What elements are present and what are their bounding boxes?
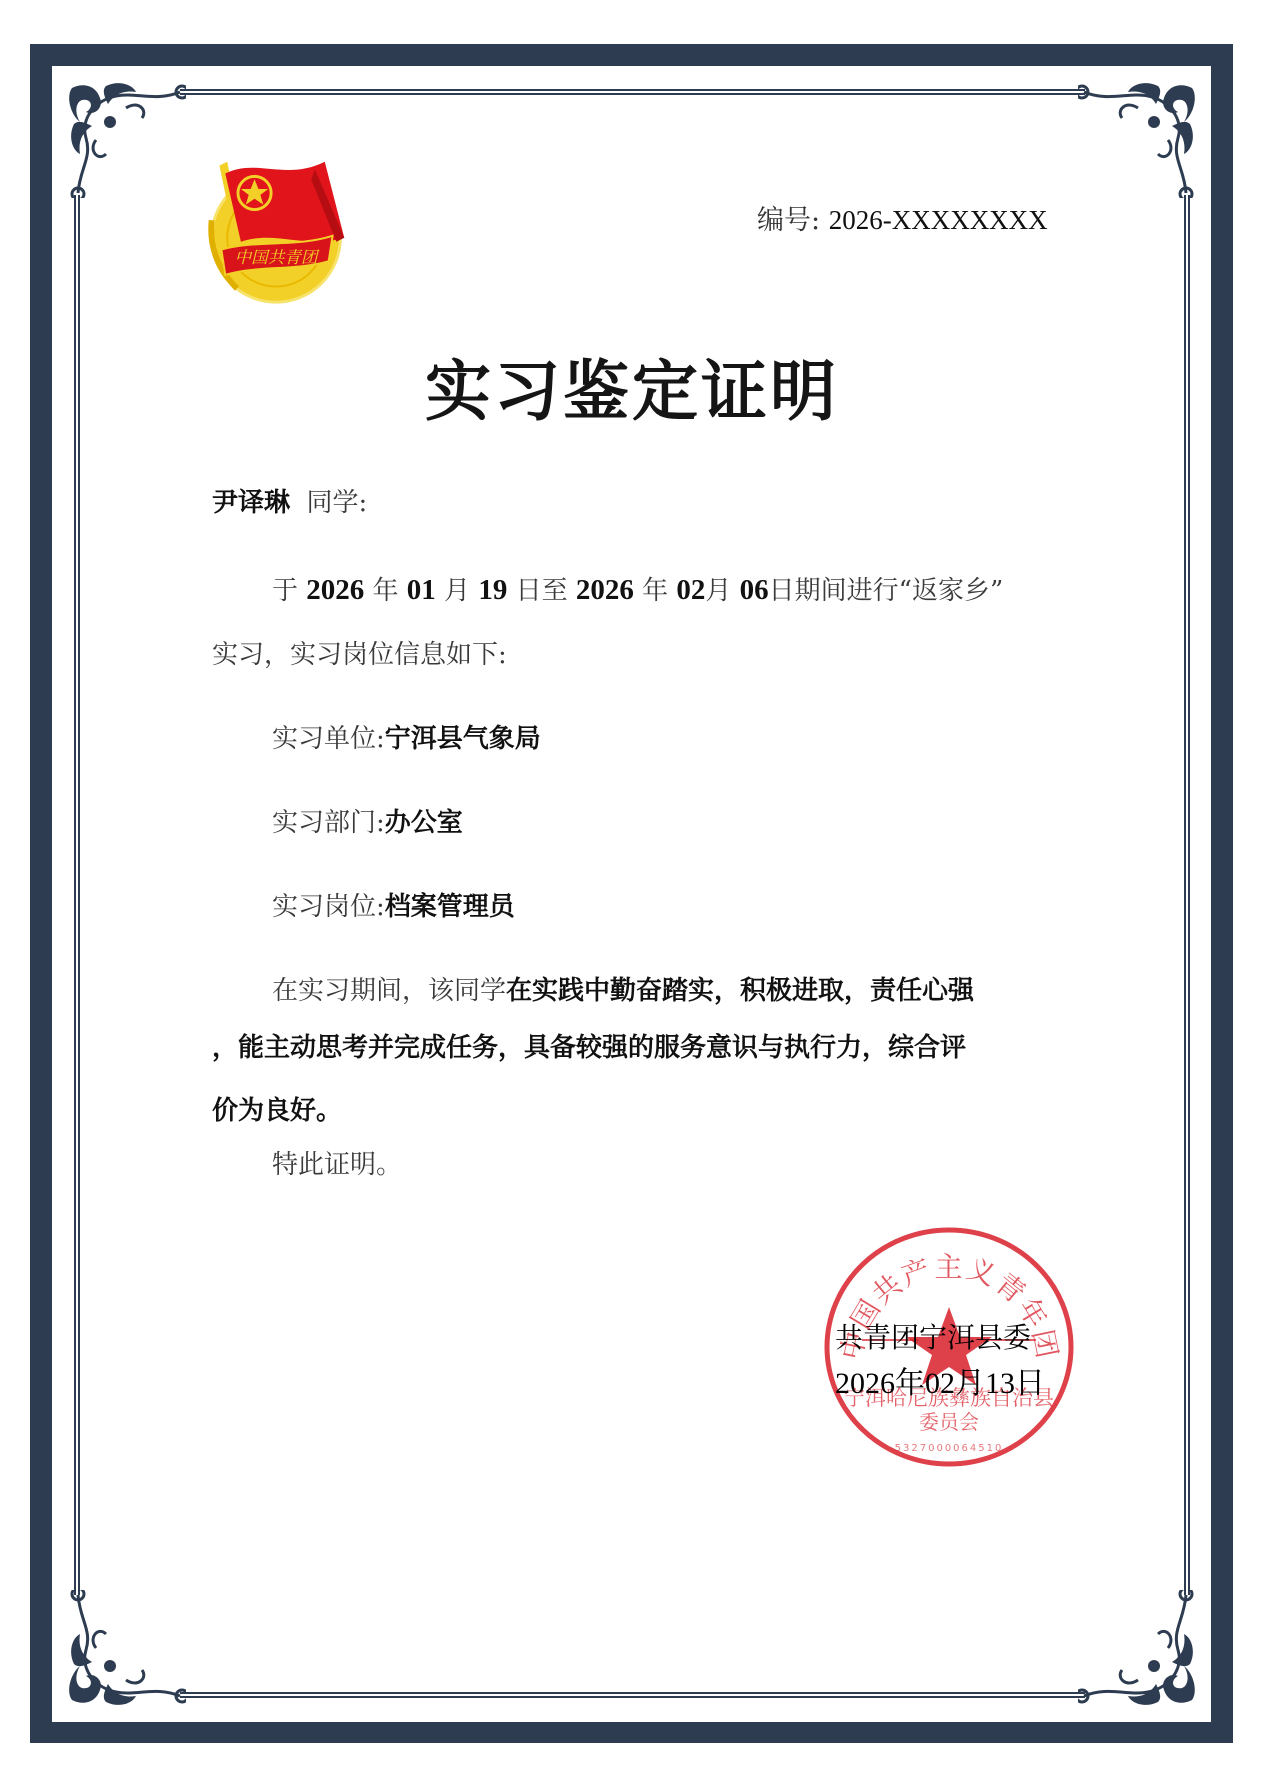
end-month: 02 [676,574,705,606]
field-unit: 实习单位:宁洱县气象局 [272,718,541,755]
signature-date: 2026年02月13日 [835,1358,1045,1402]
evaluation-line-2: ，能主动思考并完成任务，具备较强的服务意识与执行力，综合评 [212,1027,966,1064]
salutation-suffix: 同学: [307,488,368,518]
svg-text:5327000064510: 5327000064510 [895,1443,1004,1454]
corner-ornament-icon [1078,78,1198,198]
serial-number-label: 编号: [757,205,820,236]
evaluation-lead: 在实习期间，该同学 [272,976,506,1006]
communist-youth-league-emblem-icon: 中国共青团 [198,152,354,308]
serial-number: 编号: 2026-XXXXXXXX [757,198,1048,237]
intro-text: 日至 [507,576,576,606]
corner-ornament-icon [66,1590,186,1710]
intro-text: 于 [272,576,306,606]
evaluation-line-1: 在实习期间，该同学在实践中勤奋踏实，积极进取，责任心强 [272,970,974,1007]
salutation: 尹译琳 同学: [212,482,367,519]
intro-text: 日期间进行“返家乡” [769,576,1004,606]
student-name: 尹译琳 [212,488,290,518]
closing-text: 特此证明。 [272,1144,402,1181]
svg-text:委员会: 委员会 [919,1410,979,1434]
intro-line-1: 于 2026 年 01 月 19 日至 2026 年 02月 06日期间进行“返… [272,570,1003,607]
svg-text:中国共青团: 中国共青团 [235,248,320,267]
intro-line-2: 实习，实习岗位信息如下: [212,634,507,671]
end-day: 06 [740,574,769,606]
evaluation-line-3: 价为良好。 [212,1090,342,1127]
start-year: 2026 [306,574,364,606]
serial-number-value: 2026-XXXXXXXX [829,205,1048,235]
end-year: 2026 [576,574,634,606]
page-title: 实习鉴定证明 [0,338,1264,433]
intro-text: 月 [436,576,479,606]
signature-org: 共青团宁洱县委 [835,1316,1031,1356]
field-value: 办公室 [385,808,463,838]
corner-ornament-icon [66,78,186,198]
field-label: 实习单位: [272,724,385,754]
intro-text: 年 [364,576,407,606]
field-label: 实习部门: [272,808,385,838]
field-position: 实习岗位:档案管理员 [272,886,515,923]
start-day: 19 [478,574,507,606]
start-month: 01 [407,574,436,606]
field-label: 实习岗位: [272,892,385,922]
border-line-top [180,89,1085,95]
field-department: 实习部门:办公室 [272,802,463,839]
border-line-bottom [180,1692,1085,1698]
corner-ornament-icon [1078,1590,1198,1710]
intro-text: 年 [634,576,677,606]
certificate-page [52,66,1211,1722]
field-value: 档案管理员 [385,892,515,922]
intro-text: 月 [705,576,739,606]
field-value: 宁洱县气象局 [385,724,541,754]
evaluation-text: 在实践中勤奋踏实，积极进取，责任心强 [506,976,974,1006]
